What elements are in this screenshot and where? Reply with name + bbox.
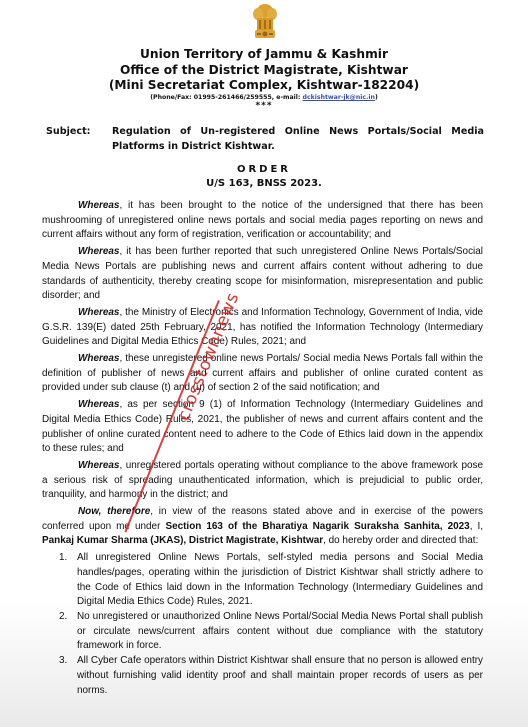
- operative-lead: Now, therefore: [78, 506, 150, 517]
- header-office-name: Office of the District Magistrate, Kisht…: [0, 62, 528, 78]
- operative-text: , I,: [470, 521, 483, 532]
- subject-label: Subject:: [46, 124, 91, 139]
- header-separator: ***: [0, 101, 528, 111]
- contact-close: ): [375, 94, 378, 101]
- header-address: (Mini Secretariat Complex, Kishtwar-1822…: [0, 77, 528, 93]
- whereas-paragraph: Whereas, as per section 9 (1) of Informa…: [42, 398, 483, 457]
- direction-number: 2.: [59, 610, 67, 625]
- order-document: Union Territory of Jammu & Kashmir Offic…: [0, 0, 528, 727]
- contact-phone: (Phone/Fax: 01995-261466/259555, e-mail:: [150, 94, 302, 101]
- national-emblem-icon: [250, 2, 280, 42]
- order-title: ORDER: [0, 164, 528, 175]
- paragraph-lead: Whereas: [78, 460, 119, 471]
- paragraph-lead: Whereas: [78, 200, 119, 211]
- whereas-paragraph: Whereas, unregistered portals operating …: [42, 459, 483, 503]
- direction-item: 3.All Cyber Cafe operators within Distri…: [42, 654, 483, 698]
- directions-list: 1.All unregistered Online News Portals, …: [42, 551, 483, 698]
- paragraph-lead: Whereas: [78, 246, 119, 257]
- contact-email-link[interactable]: dckishtwar-jk@nic.in: [303, 94, 375, 101]
- whereas-paragraph: Whereas, it has been further reported th…: [42, 245, 483, 304]
- paragraph-lead: Whereas: [78, 307, 119, 318]
- direction-text: All Cyber Cafe operators within District…: [77, 655, 483, 695]
- operative-text: , do hereby order and directed that:: [323, 535, 478, 546]
- whereas-paragraph: Whereas, it has been brought to the noti…: [42, 199, 483, 243]
- order-subtitle: U/S 163, BNSS 2023.: [0, 178, 528, 189]
- direction-text: No unregistered or unauthorized Online N…: [77, 611, 483, 651]
- header-ut-name: Union Territory of Jammu & Kashmir: [0, 46, 528, 62]
- order-body: Whereas, it has been brought to the noti…: [42, 199, 483, 698]
- operative-paragraph: Now, therefore, in view of the reasons s…: [42, 505, 483, 549]
- direction-item: 1.All unregistered Online News Portals, …: [42, 551, 483, 610]
- direction-number: 3.: [59, 654, 67, 669]
- direction-number: 1.: [59, 551, 67, 566]
- direction-item: 2.No unregistered or unauthorized Online…: [42, 610, 483, 654]
- legal-section-reference: Section 163 of the Bharatiya Nagarik Sur…: [165, 521, 469, 532]
- paragraph-lead: Whereas: [78, 353, 119, 364]
- direction-text: All unregistered Online News Portals, se…: [77, 552, 483, 607]
- paragraph-lead: Whereas: [78, 399, 119, 410]
- subject-text: Regulation of Un-registered Online News …: [112, 124, 484, 154]
- whereas-paragraph: Whereas, these unregistered online news …: [42, 352, 483, 396]
- magistrate-name: Pankaj Kumar Sharma (JKAS), District Mag…: [42, 535, 323, 546]
- whereas-paragraph: Whereas, the Ministry of Electronics and…: [42, 306, 483, 350]
